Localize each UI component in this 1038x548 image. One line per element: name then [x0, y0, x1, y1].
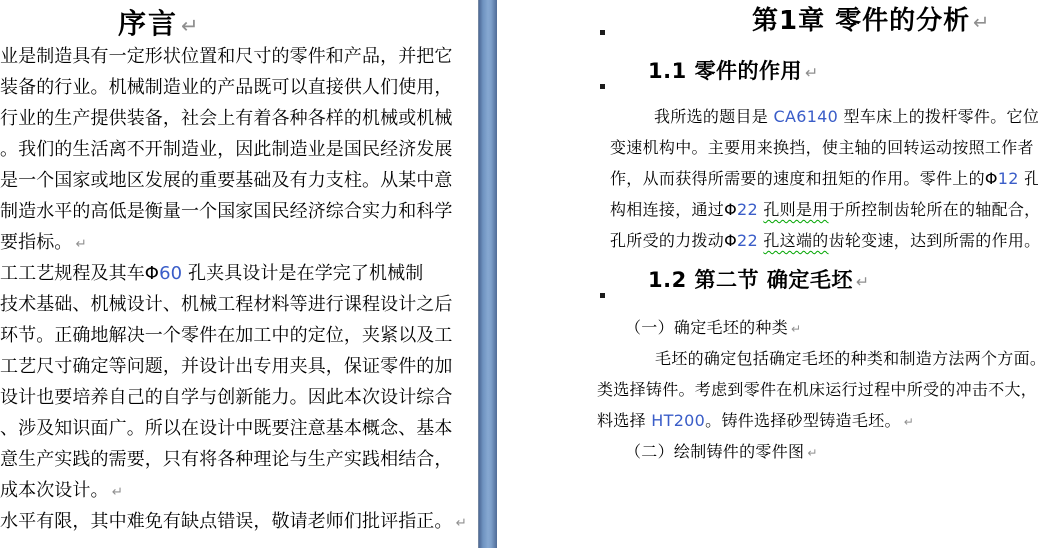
text-run: 1.2 第二节 确定毛坯 [648, 268, 853, 292]
preface-line: 环节。正确地解决一个零件在加工中的定位，夹紧以及工 [0, 320, 478, 351]
preface-line: 工工艺规程及其车Φ60 孔夹具设计是在学完了机械制 [0, 258, 478, 289]
text-run: 齿轮变速，达到所需的作用。 [829, 231, 1038, 250]
text-run: 环节。正确地解决一个零件在加工中的定位，夹紧以及工 [0, 325, 453, 346]
section-1-1-heading: 1.1 零件的作用↵ [648, 60, 819, 84]
text-run: 于所控制齿轮所在的轴配合， [829, 200, 1038, 219]
preface-line: 是一个国家或地区发展的重要基础及有力支柱。从某中意 [0, 165, 478, 196]
text-run: 变速机构中。主要用来换挡，使主轴的回转运动按照工作者 [610, 138, 1034, 157]
preface-line: 。我们的生活离不开制造业，因此制造业是国民经济发展 [0, 134, 478, 165]
paragraph-mark-icon: ↵ [181, 14, 201, 38]
text-run: 业是制造具有一定形状位置和尺寸的零件和产品，并把它 [0, 46, 453, 67]
left-page[interactable]: 序言↵ 业是制造具有一定形状位置和尺寸的零件和产品，并把它装备的行业。机械制造业… [0, 0, 478, 548]
preface-line: 技术基础、机械设计、机械工程材料等进行课程设计之后 [0, 289, 478, 320]
text-run: 毛坯的确定包括确定毛坯的种类和制造方法两个方面。 [655, 349, 1038, 368]
preface-line: 装备的行业。机械制造业的产品既可以直接供人们使用， [0, 72, 478, 103]
body-line: 变速机构中。主要用来换挡，使主轴的回转运动按照工作者 [610, 137, 1034, 159]
text-run: （二）绘制铸件的零件图 [625, 442, 804, 461]
text-run: （一）确定毛坯的种类 [625, 318, 788, 337]
text-run: 行业的生产提供装备，社会上有着各种各样的机械或机械 [0, 108, 453, 129]
text-run: 孔夹具设计是在学完了机械制 [182, 263, 423, 284]
preface-body: 业是制造具有一定形状位置和尺寸的零件和产品，并把它装备的行业。机械制造业的产品既… [0, 41, 478, 537]
text-run: 设计也要培养自己的自学与创新能力。因此本次设计综合 [0, 387, 453, 408]
grammar-flagged-text: 孔则是用 [763, 200, 828, 219]
paragraph-mark-icon: ↵ [805, 63, 819, 82]
text-run: 装备的行业。机械制造业的产品既可以直接供人们使用， [0, 77, 453, 98]
outline-bullet [600, 84, 605, 89]
text-run: 制造水平的高低是衡量一个国家国民经济综合实力和科学 [0, 201, 453, 222]
text-run: 第1章 零件的分析 [752, 6, 970, 36]
text-run: 成本次设计。 [0, 480, 109, 501]
spec-number: 22 [737, 200, 758, 219]
paragraph-mark-icon: ↵ [112, 484, 123, 500]
outline-bullet [600, 293, 605, 298]
paragraph-mark-icon: ↵ [904, 415, 914, 429]
preface-title: 序言↵ [118, 2, 201, 42]
preface-line: 意生产实践的需要，只有将各种理论与生产实践相结合， [0, 444, 478, 475]
text-run: 水平有限，其中难免有缺点错误，敬请老师们批评指正。 [0, 511, 453, 532]
text-run: 型车床上的拨杆零件。它位于 [838, 107, 1038, 126]
body-line: 毛坯的确定包括确定毛坯的种类和制造方法两个方面。 [655, 348, 1038, 370]
section-1-2-heading: 1.2 第二节 确定毛坯↵ [648, 269, 870, 293]
text-run: 工艺尺寸确定等问题，并设计出专用夹具，保证零件的加 [0, 356, 453, 377]
preface-line: 设计也要培养自己的自学与创新能力。因此本次设计综合 [0, 382, 478, 413]
preface-line: 成本次设计。↵ [0, 475, 478, 506]
text-run: 。我们的生活离不开制造业，因此制造业是国民经济发展 [0, 139, 453, 160]
right-page[interactable]: 第1章 零件的分析↵ 1.1 零件的作用↵ 我所选的题目是 CA6140 型车床… [497, 0, 1038, 548]
text-run: 我所选的题目是 [654, 107, 774, 126]
text-run: 。铸件选择砂型铸造毛坯。 [705, 411, 901, 430]
body-line: （一）确定毛坯的种类↵ [625, 317, 801, 340]
text-run: 是一个国家或地区发展的重要基础及有力支柱。从某中意 [0, 170, 453, 191]
body-line: （二）绘制铸件的零件图↵ [625, 441, 818, 464]
paragraph-mark-icon: ↵ [973, 11, 990, 34]
preface-line: 、涉及知识面广。所以在设计中既要注意基本概念、基本 [0, 413, 478, 444]
body-line: 类选择铸件。考虑到零件在机床运行过程中所受的冲击不大， [597, 379, 1037, 401]
spec-number: CA6140 [774, 107, 839, 126]
text-run: 料选择 [597, 411, 651, 430]
document-workspace: 序言↵ 业是制造具有一定形状位置和尺寸的零件和产品，并把它装备的行业。机械制造业… [0, 0, 1038, 548]
preface-line: 工艺尺寸确定等问题，并设计出专用夹具，保证零件的加 [0, 351, 478, 382]
paragraph-mark-icon: ↵ [75, 236, 86, 252]
preface-line: 行业的生产提供装备，社会上有着各种各样的机械或机械 [0, 103, 478, 134]
spec-number: 60 [159, 263, 182, 284]
text-run: 孔 [1019, 169, 1038, 188]
spec-number: HT200 [651, 411, 705, 430]
body-line: 构相连接，通过Φ22 孔则是用于所控制齿轮所在的轴配合， [610, 199, 1038, 221]
paragraph-mark-icon: ↵ [807, 446, 817, 460]
preface-line: 要指标。↵ [0, 227, 478, 258]
paragraph-mark-icon: ↵ [791, 322, 801, 336]
spec-number: 22 [737, 231, 758, 250]
body-line: 料选择 HT200。铸件选择砂型铸造毛坯。↵ [597, 410, 914, 433]
preface-line: 水平有限，其中难免有缺点错误，敬请老师们批评指正。↵ [0, 506, 478, 537]
chapter-heading: 第1章 零件的分析↵ [752, 10, 991, 34]
text-run: 构相连接，通过Φ [610, 200, 737, 219]
body-line: 孔所受的力拨动Φ22 孔这端的齿轮变速，达到所需的作用。↵ [610, 230, 1038, 253]
window-divider [478, 0, 498, 548]
body-line: 作，从而获得所需要的速度和扭矩的作用。零件上的Φ12 孔 [610, 168, 1038, 190]
text-run: 意生产实践的需要，只有将各种理论与生产实践相结合， [0, 449, 453, 470]
outline-bullet [600, 30, 605, 35]
text-run: 、涉及知识面广。所以在设计中既要注意基本概念、基本 [0, 418, 453, 439]
preface-line: 制造水平的高低是衡量一个国家国民经济综合实力和科学 [0, 196, 478, 227]
text-run: 工工艺规程及其车Φ [0, 263, 159, 284]
text-run: 1.1 零件的作用 [648, 59, 802, 83]
paragraph-mark-icon: ↵ [456, 515, 467, 531]
text-run: 要指标。 [0, 232, 72, 253]
text-run: 孔所受的力拨动Φ [610, 231, 737, 250]
body-line: 我所选的题目是 CA6140 型车床上的拨杆零件。它位于 [654, 106, 1038, 128]
spec-number: 12 [998, 169, 1019, 188]
text-run: 技术基础、机械设计、机械工程材料等进行课程设计之后 [0, 294, 453, 315]
text-run: 作，从而获得所需要的速度和扭矩的作用。零件上的Φ [610, 169, 998, 188]
text-run: 类选择铸件。考虑到零件在机床运行过程中所受的冲击不大， [597, 380, 1037, 399]
preface-line: 业是制造具有一定形状位置和尺寸的零件和产品，并把它 [0, 41, 478, 72]
text-run: 序言 [118, 7, 178, 40]
grammar-flagged-text: 孔这端的 [763, 231, 828, 250]
paragraph-mark-icon: ↵ [856, 272, 870, 291]
